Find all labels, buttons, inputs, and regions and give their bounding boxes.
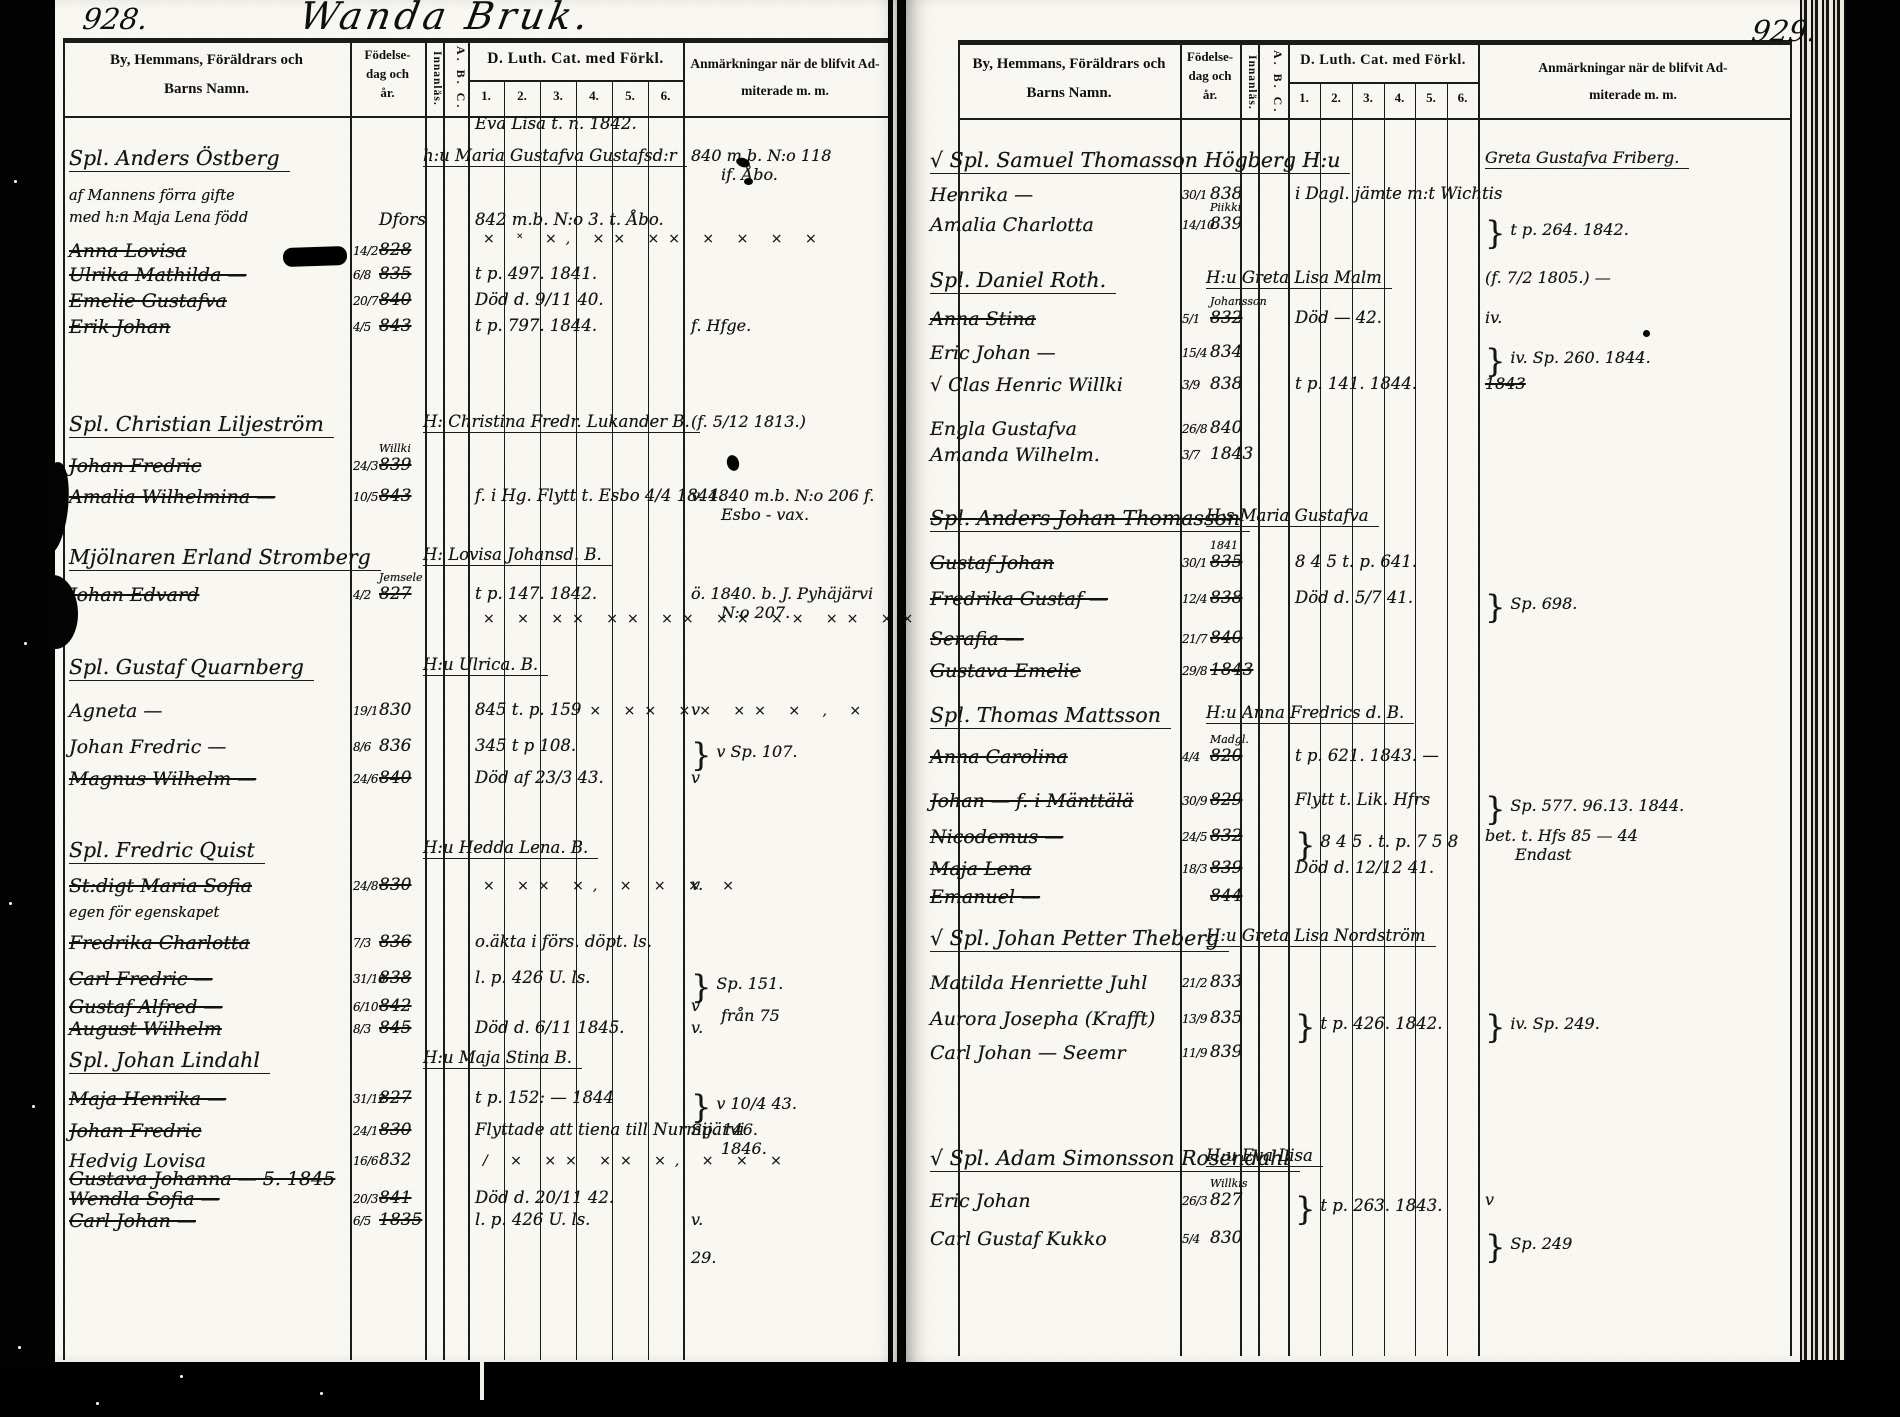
birth-year: 832 xyxy=(379,1150,411,1170)
remark-text: v. xyxy=(691,1210,703,1229)
birth-day: 24/5 xyxy=(1182,830,1207,844)
remark-note: }Sp. 249 xyxy=(1485,1228,1572,1266)
birth-year: 840 xyxy=(1210,418,1242,438)
birth-day: 21/7 xyxy=(1182,632,1207,646)
parish-title-script: Wanda Bruk. xyxy=(296,0,595,38)
remark-text: v. xyxy=(691,875,703,894)
remark-text: Sp. 698. xyxy=(1510,594,1577,613)
birth-year: 842 xyxy=(379,996,411,1016)
cat-text: H:u Greta Lisa Nordström xyxy=(1206,926,1426,945)
birth-year: 835 xyxy=(1210,1008,1242,1028)
name-text: med h:n Maja Lena född xyxy=(69,210,248,226)
cat-text: H:u Ulrica. B. xyxy=(423,655,538,674)
catechism-note: Död d. 5/7 41. xyxy=(1295,588,1413,607)
catechism-note: H:u Greta Lisa Nordström xyxy=(1206,926,1436,947)
name-text: Spl. Fredric Quist xyxy=(69,838,265,864)
birth-day: 12/4 xyxy=(1182,592,1207,606)
cat-text: H:s Maria Gustafva xyxy=(1206,506,1369,525)
cat-text: Död af 23/3 43. xyxy=(475,768,604,787)
catechism-note: Död d. 20/11 42. xyxy=(475,1188,614,1207)
birth-year: 832 xyxy=(1210,826,1242,846)
name-text: Spl. Gustaf Quarnberg xyxy=(69,655,314,681)
name-text: Spl. Anders Johan Thomasson xyxy=(930,506,1250,532)
name-text: Carl Gustaf Kukko xyxy=(930,1228,1107,1250)
birth-year: 843 xyxy=(379,316,411,336)
brace-mark: } xyxy=(1295,1008,1315,1046)
catechism-note: 8 4 5 t. p. 641. xyxy=(1295,552,1417,571)
remark-note: }v Sp. 107. xyxy=(691,736,797,774)
remark-note: 840 m.b. N:o 118if. Åbo. xyxy=(691,146,831,184)
name-text: Henrika — xyxy=(930,184,1033,206)
cat-text: t p. 263. 1843. xyxy=(1320,1196,1442,1215)
birth-day: 16/6 xyxy=(353,1154,378,1168)
birth-year: 845 xyxy=(379,1018,411,1038)
page-number-right: 929. xyxy=(1750,14,1819,48)
cat-text: l. p. 426 U. ls. xyxy=(475,1210,590,1229)
small-note: Madgl. xyxy=(1210,733,1249,746)
birth-year: 833 xyxy=(1210,972,1242,992)
remark-text: iv. xyxy=(1485,308,1502,327)
remark-text: iv. Sp. 260. 1844. xyxy=(1510,348,1650,367)
name-text: √ Clas Henric Willki xyxy=(930,374,1123,396)
name-text: Fredrika Charlotta xyxy=(69,932,250,954)
birth-day: 8/3 xyxy=(353,1022,371,1036)
remark-text: f. Hfge. xyxy=(691,316,751,335)
catechism-note: i Dagl. jämte m:t Wichtis xyxy=(1295,184,1502,203)
birth-day: 13/9 xyxy=(1182,1012,1207,1026)
name-text: √ Spl. Johan Petter Theberg xyxy=(930,926,1229,952)
cat-text: t p. 141. 1844. xyxy=(1295,374,1417,393)
remark-note: (f. 7/2 1805.) — xyxy=(1485,268,1611,287)
remark-text: Sp. 146. xyxy=(691,1120,758,1139)
name-text: Aurora Josepha (Krafft) xyxy=(930,1008,1155,1030)
remark-note: v. xyxy=(691,1018,703,1037)
catechism-note: Flytt t. Lik. Hfrs xyxy=(1295,790,1430,809)
remark-note: }iv. Sp. 249. xyxy=(1485,1008,1600,1046)
scan-black-band xyxy=(0,1362,1900,1417)
attendance-marks: × ˟ ×, ×× ×× × × × × xyxy=(483,231,826,247)
catechism-note: t p. 141. 1844. xyxy=(1295,374,1417,393)
name-text: Eric Johan — xyxy=(930,342,1056,364)
remark-note: v. xyxy=(691,875,703,894)
name-text: af Mannens förra gifte xyxy=(69,188,235,204)
small-note: Johansson xyxy=(1210,295,1267,308)
birth-day: 5/1 xyxy=(1182,312,1200,326)
name-text: Anna Carolina xyxy=(930,746,1068,768)
brace-mark: } xyxy=(1485,214,1505,252)
ink-speck xyxy=(744,178,753,185)
remark-note: }Sp. 151.från 75 xyxy=(691,968,783,1025)
name-text: Wendla Sofia — xyxy=(69,1188,220,1210)
birth-year: 1843 xyxy=(1210,444,1253,464)
remark-note: }Sp. 577. 96.13. 1844. xyxy=(1485,790,1684,828)
name-text: Anna Stina xyxy=(930,308,1036,330)
cat-text: h:u Maria Gustafva Gustafsd:r xyxy=(423,146,677,165)
brace-mark: } xyxy=(1485,790,1505,828)
cat-text: o.äkta i förs. döpt. ls. xyxy=(475,932,652,951)
birth-year: 841 xyxy=(379,1188,411,1208)
catechism-note: }t p. 426. 1842. xyxy=(1295,1008,1443,1046)
cat-text: H:u Greta Lisa Malm xyxy=(1206,268,1382,287)
birth-day: 14/2 xyxy=(353,244,378,258)
brace-mark: } xyxy=(1295,1190,1315,1228)
catechism-note: Eva Lisa t. n. 1842. xyxy=(475,114,637,133)
cat-text: Död d. 5/7 41. xyxy=(1295,588,1413,607)
birth-year: 835 xyxy=(379,264,411,284)
gutter-fold-line xyxy=(888,0,893,1362)
name-text: Eric Johan xyxy=(930,1190,1031,1212)
page-edge-tick xyxy=(480,1362,484,1400)
name-text: St:digt Maria Sofia xyxy=(69,875,252,897)
catechism-note: 845 t. p. 159× ×× ×× ×× × , × xyxy=(475,700,870,719)
birth-year: 820 xyxy=(1210,746,1242,766)
birth-year: 844 xyxy=(1210,886,1242,906)
catechism-note: l. p. 426 U. ls. xyxy=(475,1210,590,1229)
catechism-note: o.äkta i förs. döpt. ls. xyxy=(475,932,652,951)
name-text: Amanda Wilhelm. xyxy=(930,444,1100,466)
name-text: Gustaf Alfred — xyxy=(69,996,223,1018)
cat-text: i Dagl. jämte m:t Wichtis xyxy=(1295,184,1502,203)
cat-text: H:u Maja Stina B. xyxy=(423,1048,572,1067)
birth-year: 839 xyxy=(1210,1042,1242,1062)
brace-mark: } xyxy=(1485,588,1505,626)
name-text: Spl. Johan Lindahl xyxy=(69,1048,270,1074)
cat-text: 8 4 5 . t. p. 7 5 8 xyxy=(1320,832,1458,851)
cat-text: 8 4 5 t. p. 641. xyxy=(1295,552,1417,571)
remark-text: iv. Sp. 249. xyxy=(1510,1014,1599,1033)
ink-speck xyxy=(1643,330,1650,337)
birth-day: 18/3 xyxy=(1182,862,1207,876)
remark-note: v xyxy=(691,996,700,1015)
birth-day: 26/3 xyxy=(1182,1194,1207,1208)
birth-day: 30/1 xyxy=(1182,188,1207,202)
name-text: Spl. Christian Liljeström xyxy=(69,412,334,438)
cat-text: Död — 42. xyxy=(1295,308,1382,327)
catechism-note: f. i Hg. Flytt t. Esbo 4/4 1844. xyxy=(475,486,724,505)
birth-day: 6/5 xyxy=(353,1214,371,1228)
name-text: Carl Fredric — xyxy=(69,968,213,990)
brace-mark: } xyxy=(1485,1228,1505,1266)
gutter-fold-line xyxy=(897,0,904,1362)
scan-black-margin xyxy=(0,0,55,1417)
birth-day: 4/4 xyxy=(1182,750,1200,764)
right-page: By, Hemmans, Föräldrars och Barns Namn. … xyxy=(906,0,1800,1362)
small-note: Piikki xyxy=(1210,201,1241,214)
birth-day: 30/1 xyxy=(1182,556,1207,570)
birth-day: 20/3 xyxy=(353,1192,378,1206)
name-text: Ulrika Mathilda — xyxy=(69,264,246,286)
name-text: Amalia Charlotta xyxy=(930,214,1094,236)
name-text: Johan Fredric xyxy=(69,455,201,477)
birth-day: 8/6 xyxy=(353,740,371,754)
cat-text: 845 t. p. 159 xyxy=(475,700,581,719)
birth-year: 830 xyxy=(379,875,411,895)
remark-text: v xyxy=(691,768,700,787)
birth-day: 21/2 xyxy=(1182,976,1207,990)
birth-year: 830 xyxy=(379,700,411,720)
birth-year: 827 xyxy=(379,1088,411,1108)
remark-note: Greta Gustafva Friberg. xyxy=(1485,148,1689,169)
remark-note: f. Hfge. xyxy=(691,316,751,335)
small-note: Jemsele xyxy=(379,571,423,584)
name-text: Magnus Wilhelm — xyxy=(69,768,256,790)
remark-text: bet. t. Hfs 85 — 44 xyxy=(1485,826,1638,845)
birth-year: 838 xyxy=(379,968,411,988)
remark-text: (f. 7/2 1805.) — xyxy=(1485,268,1611,287)
cat-text: Eva Lisa t. n. 1842. xyxy=(475,114,637,133)
attendance-marks: × × ×× ×× ×× ×× ×× ×× ×× xyxy=(483,611,922,627)
cat-text: Flytt t. Lik. Hfrs xyxy=(1295,790,1430,809)
remark-note: v. xyxy=(691,1210,703,1229)
cat-text: 345 t p 108. xyxy=(475,736,576,755)
birth-year: 834 xyxy=(1210,342,1242,362)
catechism-note: H:u Hedda Lena. B. xyxy=(423,838,598,859)
remark-note: }t p. 264. 1842. xyxy=(1485,214,1629,252)
name-text: Johan — f. i Mänttälä xyxy=(930,790,1134,812)
remark-note: bet. t. Hfs 85 — 44Endast xyxy=(1485,826,1638,864)
name-text: Carl Johan — Seemr xyxy=(930,1042,1126,1064)
catechism-note: H:u Anna Fredrics d. B. xyxy=(1206,703,1414,724)
catechism-note: H:u Ulrica. B. xyxy=(423,655,548,676)
right-register-rows: √ Spl. Samuel Thomasson Högberg H:uGreta… xyxy=(906,0,1800,1362)
birth-year: 843 xyxy=(379,486,411,506)
remark-note: v xyxy=(1485,1190,1494,1209)
name-text: Maja Henrika — xyxy=(69,1088,226,1110)
birth-year: Dfors xyxy=(379,210,426,230)
dust-speck xyxy=(180,1375,183,1378)
name-text: Serafia — xyxy=(930,628,1024,650)
catechism-note: Död af 23/3 43. xyxy=(475,768,604,787)
catechism-note: 345 t p 108. xyxy=(475,736,576,755)
cat-text: H: Christina Fredr. Lukander B. xyxy=(423,412,690,431)
name-text: Johan Fredric — xyxy=(69,736,226,758)
cat-text: 842 m.b. N:o 3. t. Åbo. xyxy=(475,210,664,229)
birth-year: 840 xyxy=(379,768,411,788)
birth-day: 6/10 xyxy=(353,1000,378,1014)
catechism-note: H:s Maria Gustafva xyxy=(1206,506,1379,527)
birth-day: 5/4 xyxy=(1182,1232,1200,1246)
remark-text: (f. 5/12 1813.) xyxy=(691,412,806,431)
small-note: Willkis xyxy=(1210,1177,1248,1190)
name-text: Anna Lovisa xyxy=(69,240,187,262)
remark-note: v. 1840 m.b. N:o 206 f.Esbo - vax. xyxy=(691,486,874,524)
catechism-note: / × ×× ×× ×, × × × xyxy=(475,1150,791,1169)
remark-text: v 10/4 43. xyxy=(716,1094,797,1113)
dust-speck xyxy=(14,180,17,183)
remark-text: 1843 xyxy=(1485,374,1526,393)
birth-day: 29/8 xyxy=(1182,664,1207,678)
remark-text: v. xyxy=(691,1018,703,1037)
birth-day: 3/7 xyxy=(1182,448,1200,462)
remark-text: t p. 264. 1842. xyxy=(1510,220,1628,239)
name-text: Spl. Daniel Roth. xyxy=(930,268,1116,294)
catechism-note: H: Christina Fredr. Lukander B. xyxy=(423,412,700,433)
name-text: Fredrika Gustaf — xyxy=(930,588,1108,610)
name-text: Carl Johan — xyxy=(69,1210,196,1232)
cat-text: l. p. 426 U. ls. xyxy=(475,968,590,987)
remark-text: ö. 1840. b. J. Pyhäjärvi xyxy=(691,584,873,603)
scanned-register-spread: By, Hemmans, Föräldrars och Barns Namn. … xyxy=(0,0,1900,1417)
dust-speck xyxy=(24,642,27,645)
birth-day: 15/4 xyxy=(1182,346,1207,360)
birth-year: 832 xyxy=(1210,308,1242,328)
birth-year: 827 xyxy=(379,584,411,604)
name-text: Gustava Johanna — 5. 1845 xyxy=(69,1168,335,1190)
cat-text: Död d. 20/11 42. xyxy=(475,1188,614,1207)
cat-text: H: Lovisa Johansd. B. xyxy=(423,545,602,564)
dust-speck xyxy=(320,1392,323,1395)
book-page-edges xyxy=(1800,0,1846,1360)
name-text: Maja Lena xyxy=(930,858,1031,880)
remark-text: Greta Gustafva Friberg. xyxy=(1485,148,1679,167)
name-text: √ Spl. Samuel Thomasson Högberg H:u xyxy=(930,148,1350,174)
remark-note: }Sp. 698. xyxy=(1485,588,1577,626)
birth-year: 836 xyxy=(379,736,411,756)
catechism-note: Död d. 6/11 1845. xyxy=(475,1018,625,1037)
remark-text: 840 m.b. N:o 118 xyxy=(691,146,831,165)
name-text: Nicodemus — xyxy=(930,826,1063,848)
cat-text: H:u Hedda Lena. B. xyxy=(423,838,588,857)
catechism-note: Död d. 12/12 41. xyxy=(1295,858,1434,877)
cat-text: t p. 426. 1842. xyxy=(1320,1014,1442,1033)
name-text: Erik Johan xyxy=(69,316,170,338)
dust-speck xyxy=(18,1346,21,1349)
cat-text: Död d. 6/11 1845. xyxy=(475,1018,625,1037)
birth-day: 10/5 xyxy=(353,490,378,504)
birth-day: 3/9 xyxy=(1182,378,1200,392)
birth-year: 1843 xyxy=(1210,660,1253,680)
page-number-left: 928. xyxy=(81,2,150,36)
remark-text: 29. xyxy=(691,1248,716,1267)
catechism-note: × ˟ ×, ×× ×× × × × × xyxy=(475,228,826,248)
name-text: Agneta — xyxy=(69,700,162,722)
catechism-note: × × ×× ×× ×× ×× ×× ×× ×× xyxy=(475,608,922,627)
name-text: Spl. Anders Östberg xyxy=(69,146,290,172)
name-text: Matilda Henriette Juhl xyxy=(930,972,1147,994)
birth-year: 840 xyxy=(1210,628,1242,648)
remark-text-2: Endast xyxy=(1515,845,1638,864)
remark-text: v Sp. 107. xyxy=(716,742,797,761)
birth-year: 838 xyxy=(1210,588,1242,608)
remark-text: Sp. 151. xyxy=(716,974,783,993)
catechism-note: t p. 147. 1842. xyxy=(475,584,597,603)
name-text: Johan Fredric xyxy=(69,1120,201,1142)
catechism-note: t p. 797. 1844. xyxy=(475,316,597,335)
birth-day: 11/9 xyxy=(1182,1046,1207,1060)
remark-note: (f. 5/12 1813.) xyxy=(691,412,806,431)
birth-year: 839 xyxy=(1210,858,1242,878)
catechism-note: H:u Greta Lisa Malm xyxy=(1206,268,1392,289)
catechism-note: h:u Maria Gustafva Gustafsd:r xyxy=(423,146,687,167)
birth-day: 7/3 xyxy=(353,936,371,950)
small-note: Willki xyxy=(379,442,411,455)
cat-text: f. i Hg. Flytt t. Esbo 4/4 1844. xyxy=(475,486,724,505)
birth-year: 827 xyxy=(1210,1190,1242,1210)
birth-year: 1835 xyxy=(379,1210,422,1230)
catechism-note: H:u Eva Lisa xyxy=(1206,1146,1323,1167)
birth-day: 24/1 xyxy=(353,1124,378,1138)
remark-note: 29. xyxy=(691,1248,716,1267)
small-note: 1841 xyxy=(1210,539,1238,552)
remark-note: 1843 xyxy=(1485,374,1526,393)
name-text: Mjölnaren Erland Stromberg xyxy=(69,545,381,571)
birth-year: 828 xyxy=(379,240,411,260)
name-text: Emanuel — xyxy=(930,886,1040,908)
birth-day: 19/1 xyxy=(353,704,378,718)
name-text: Gustaf Johan xyxy=(930,552,1054,574)
remark-text: Sp. 249 xyxy=(1510,1234,1572,1253)
birth-day: 4/5 xyxy=(353,320,371,334)
cat-text: Död d. 9/11 40. xyxy=(475,290,604,309)
remark-text-2: Esbo - vax. xyxy=(721,505,874,524)
cat-text: Död d. 12/12 41. xyxy=(1295,858,1434,877)
birth-day: 26/8 xyxy=(1182,422,1207,436)
name-text: Engla Gustafva xyxy=(930,418,1077,440)
cat-text: t p. 797. 1844. xyxy=(475,316,597,335)
attendance-marks: / × ×× ×× ×, × × × xyxy=(483,1153,791,1169)
dust-speck xyxy=(96,1402,99,1405)
left-register-rows: Eva Lisa t. n. 1842.Spl. Anders Östbergh… xyxy=(55,0,900,1362)
remark-text-2: från 75 xyxy=(721,1006,783,1025)
name-text: Amalia Wilhelmina — xyxy=(69,486,275,508)
birth-day: 30/9 xyxy=(1182,794,1207,808)
name-text: Johan Edvard xyxy=(69,584,199,606)
remark-text: Sp. 577. 96.13. 1844. xyxy=(1510,796,1684,815)
catechism-note: t p. 621. 1843. — xyxy=(1295,746,1439,765)
birth-year: 829 xyxy=(1210,790,1242,810)
birth-day: 4/2 xyxy=(353,588,371,602)
cat-text: t p. 497. 1841. xyxy=(475,264,597,283)
birth-day: 20/7 xyxy=(353,294,378,308)
birth-year: 830 xyxy=(379,1120,411,1140)
birth-year: 839 xyxy=(1210,214,1242,234)
name-text: August Wilhelm xyxy=(69,1018,222,1040)
remark-text: v xyxy=(691,996,700,1015)
brace-mark: } xyxy=(1485,1008,1505,1046)
birth-year: 836 xyxy=(379,932,411,952)
birth-year: 840 xyxy=(379,290,411,310)
birth-day: 24/6 xyxy=(353,772,378,786)
dust-speck xyxy=(32,1105,35,1108)
birth-day: 6/8 xyxy=(353,268,371,282)
remark-text-2: if. Åbo. xyxy=(721,165,831,184)
catechism-note: H:u Maja Stina B. xyxy=(423,1048,582,1069)
catechism-note: l. p. 426 U. ls. xyxy=(475,968,590,987)
name-text: Gustava Emelie xyxy=(930,660,1081,682)
remark-note: v xyxy=(691,768,700,787)
attendance-marks: × ×× ×× ×× × , × xyxy=(589,703,870,719)
catechism-note: H: Lovisa Johansd. B. xyxy=(423,545,612,566)
birth-year: 839 xyxy=(379,455,411,475)
catechism-note: t p. 497. 1841. xyxy=(475,264,597,283)
cat-text: H:u Anna Fredrics d. B. xyxy=(1206,703,1404,722)
catechism-note: 842 m.b. N:o 3. t. Åbo. xyxy=(475,210,664,229)
attendance-marks: × ×× ×, × × × × xyxy=(483,878,743,894)
dust-speck xyxy=(9,902,12,905)
remark-note: iv. xyxy=(1485,308,1502,327)
cat-text: t p. 621. 1843. — xyxy=(1295,746,1439,765)
left-page: By, Hemmans, Föräldrars och Barns Namn. … xyxy=(55,0,900,1362)
birth-year: 838 xyxy=(1210,374,1242,394)
remark-text: v xyxy=(1485,1190,1494,1209)
birth-day: 24/8 xyxy=(353,879,378,893)
cat-text: t p. 152: — 1844 xyxy=(475,1088,614,1107)
catechism-note: Död — 42. xyxy=(1295,308,1382,327)
remark-text: v xyxy=(691,700,700,719)
birth-year: 835 xyxy=(1210,552,1242,572)
name-text: Spl. Thomas Mattsson xyxy=(930,703,1171,729)
name-text: egen för egenskapet xyxy=(69,905,219,921)
